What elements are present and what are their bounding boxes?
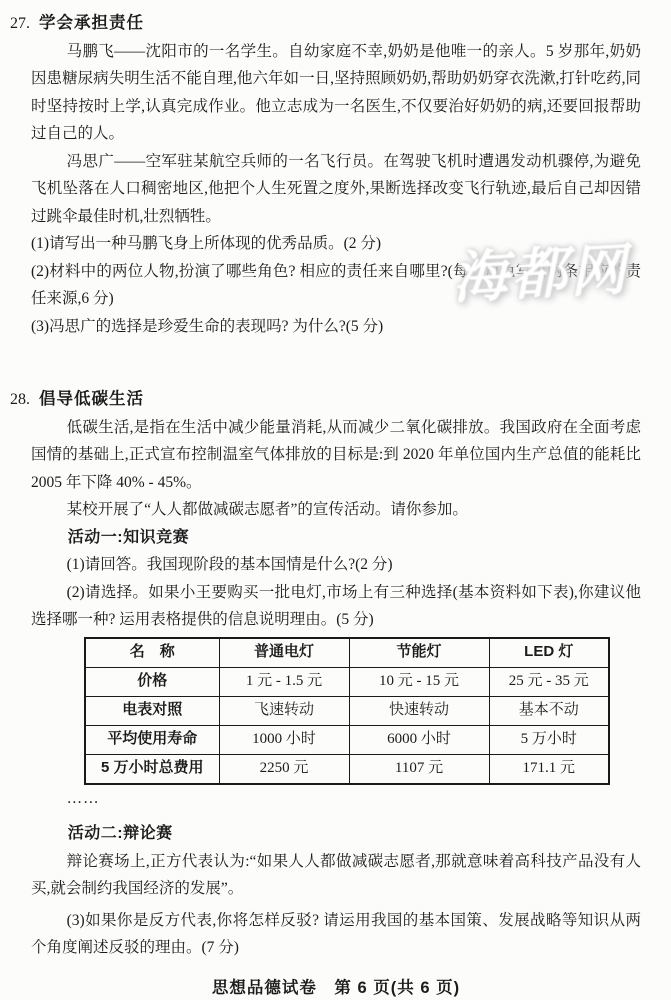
question-28-title: 倡导低碳生活: [39, 390, 144, 408]
page-footer: 思想品德试卷 第 6 页(共 6 页): [31, 975, 641, 1000]
question-27: 27.学会承担责任 马鹏飞——沈阳市的一名学生。自幼家庭不幸,奶奶是他唯一的亲人…: [31, 10, 641, 340]
question-27-sub2: (2)材料中的两位人物,扮演了哪些角色? 相应的责任来自哪里?(每一角色写出两条…: [31, 258, 641, 313]
table-cell: 171.1 元: [489, 754, 609, 784]
material-feng-siguang: 冯思广——空军驻某航空兵师的一名飞行员。在驾驶飞机时遭遇发动机骤停,为避免飞机坠…: [31, 148, 641, 231]
question-28-number: 28.: [10, 391, 30, 408]
table-cell: 10 元 - 15 元: [349, 667, 489, 696]
question-27-number: 27.: [10, 15, 30, 32]
table-cell: 25 元 - 35 元: [489, 667, 609, 696]
table-cell: 飞速转动: [219, 696, 349, 725]
table-header-cell: LED 灯: [489, 638, 609, 668]
question-27-title: 学会承担责任: [39, 14, 144, 32]
activity-2-heading: 活动二:辩论赛: [31, 820, 641, 848]
low-carbon-intro: 低碳生活,是指在生活中减少能量消耗,从而减少二氧化碳排放。我国政府在全面考虑国情…: [31, 414, 641, 497]
table-header-cell: 节能灯: [349, 638, 489, 668]
table-header-cell: 名 称: [85, 638, 219, 668]
table-cell: 6000 小时: [349, 725, 489, 754]
question-28-sub3: (3)如果你是反方代表,你将怎样反驳? 请运用我国的基本国策、发展战略等知识从两…: [31, 907, 641, 962]
table-row-label: 电表对照: [85, 696, 219, 725]
lamp-comparison-table: 名 称 普通电灯 节能灯 LED 灯 价格 1 元 - 1.5 元 10 元 -…: [84, 637, 610, 785]
table-row-label: 平均使用寿命: [85, 725, 219, 754]
table-cell: 基本不动: [489, 696, 609, 725]
table-header-row: 名 称 普通电灯 节能灯 LED 灯: [85, 638, 609, 668]
school-activity-intro: 某校开展了“人人都做减碳志愿者”的宣传活动。请你参加。: [31, 496, 641, 524]
page-content: 27.学会承担责任 马鹏飞——沈阳市的一名学生。自幼家庭不幸,奶奶是他唯一的亲人…: [0, 0, 671, 1000]
question-27-sub1: (1)请写出一种马鹏飞身上所体现的优秀品质。(2 分): [31, 230, 641, 258]
table-cell: 5 万小时: [489, 725, 609, 754]
table-row-total-cost: 5 万小时总费用 2250 元 1107 元 171.1 元: [85, 754, 609, 784]
table-row-label: 5 万小时总费用: [85, 754, 219, 784]
question-28: 28.倡导低碳生活 低碳生活,是指在生活中减少能量消耗,从而减少二氧化碳排放。我…: [31, 386, 641, 962]
table-row-lifespan: 平均使用寿命 1000 小时 6000 小时 5 万小时: [85, 725, 609, 754]
question-27-sub3: (3)冯思广的选择是珍爱生命的表现吗? 为什么?(5 分): [31, 313, 641, 341]
question-28-sub2: (2)请选择。如果小王要购买一批电灯,市场上有三种选择(基本资料如下表),你建议…: [31, 579, 641, 634]
question-28-heading: 28.倡导低碳生活: [10, 386, 641, 414]
table-cell: 1 元 - 1.5 元: [219, 667, 349, 696]
table-cell: 1107 元: [349, 754, 489, 784]
debate-intro: 辩论赛场上,正方代表认为:“如果人人都做减碳志愿者,那就意味着高科技产品没有人买…: [31, 848, 641, 903]
table-row-label: 价格: [85, 667, 219, 696]
material-ma-pengfei: 马鹏飞——沈阳市的一名学生。自幼家庭不幸,奶奶是他唯一的亲人。5 岁那年,奶奶因…: [31, 38, 641, 148]
activity-1-heading: 活动一:知识竞赛: [31, 524, 641, 552]
table-row-meter: 电表对照 飞速转动 快速转动 基本不动: [85, 696, 609, 725]
table-row-price: 价格 1 元 - 1.5 元 10 元 - 15 元 25 元 - 35 元: [85, 667, 609, 696]
table-header-cell: 普通电灯: [219, 638, 349, 668]
table-cell: 快速转动: [349, 696, 489, 725]
question-28-sub1: (1)请回答。我国现阶段的基本国情是什么?(2 分): [31, 551, 641, 579]
table-cell: 2250 元: [219, 754, 349, 784]
exam-page: 海都网 27.学会承担责任 马鹏飞——沈阳市的一名学生。自幼家庭不幸,奶奶是他唯…: [0, 0, 671, 1000]
ellipsis: ……: [31, 785, 641, 813]
question-27-heading: 27.学会承担责任: [10, 10, 641, 38]
table-cell: 1000 小时: [219, 725, 349, 754]
